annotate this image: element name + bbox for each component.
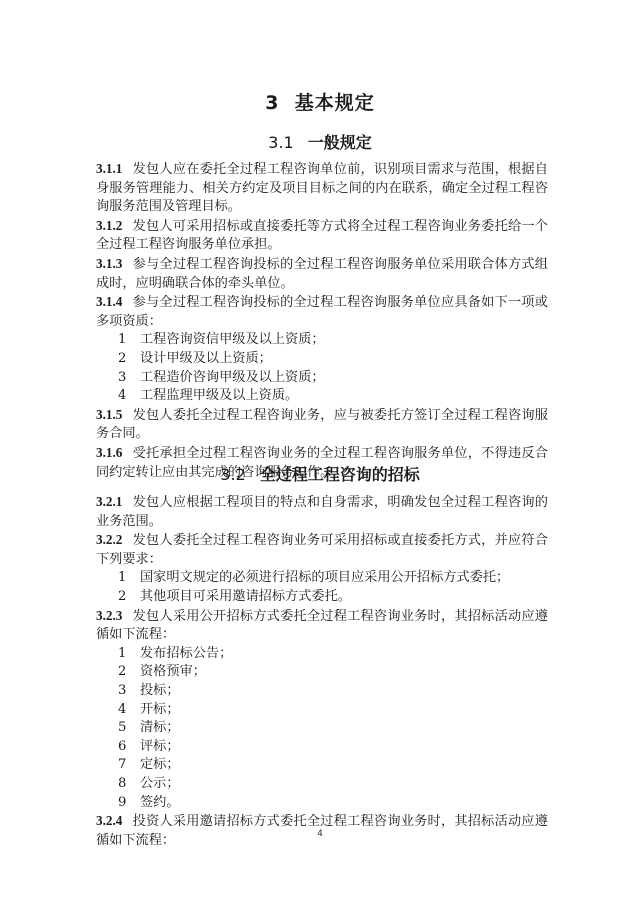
clause-number: 3.1.4 <box>96 294 122 309</box>
list-item-number: 1 <box>118 569 140 588</box>
list-item: 2设计甲级及以上资质； <box>96 350 548 369</box>
clause-number: 3.1.2 <box>96 218 122 233</box>
list-item-text: 工程造价咨询甲级及以上资质； <box>140 370 325 385</box>
list-item-text: 工程监理甲级及以上资质。 <box>140 388 298 403</box>
list-item-text: 开标； <box>140 702 180 717</box>
list-item-number: 2 <box>118 663 140 682</box>
list-item-number: 2 <box>118 588 140 607</box>
clause-number: 3.2.1 <box>96 494 122 509</box>
clause-text: 发包人委托全过程工程咨询业务可采用招标或直接委托方式，并应符合下列要求： <box>96 533 548 567</box>
list-item-number: 3 <box>118 682 140 701</box>
list-item: 7定标； <box>96 756 548 775</box>
list-item: 2其他项目可采用邀请招标方式委托。 <box>96 588 548 607</box>
chapter-title-text: 基本规定 <box>295 92 375 114</box>
list-item-number: 3 <box>118 369 140 388</box>
list-item-text: 资格预审； <box>140 664 206 679</box>
section-heading: 3.1一般规定 <box>0 130 640 153</box>
list-item: 3投标； <box>96 682 548 701</box>
clause-text: 发包人应根据工程项目的特点和自身需求，明确发包全过程工程咨询的业务范围。 <box>96 495 548 529</box>
clause: 3.1.5发包人委托全过程工程咨询业务，应与被委托方签订全过程工程咨询服务合同。 <box>96 406 548 444</box>
clause-number: 3.1.5 <box>96 407 122 422</box>
list-item: 9签约。 <box>96 794 548 813</box>
list-item-text: 清标； <box>140 720 180 735</box>
list-item-number: 9 <box>118 794 140 813</box>
list-item-number: 1 <box>118 645 140 664</box>
list-item-number: 4 <box>118 701 140 720</box>
section-number: 3.2 <box>220 465 245 484</box>
clause: 3.1.2发包人可采用招标或直接委托等方式将全过程工程咨询业务委托给一个全过程工… <box>96 217 548 255</box>
chapter-number: 3 <box>265 92 279 114</box>
list-item-text: 定标； <box>140 757 180 772</box>
clause-text: 发包人可采用招标或直接委托等方式将全过程工程咨询业务委托给一个全过程工程咨询服务… <box>96 219 548 253</box>
chapter-title: 3 基本规定 <box>0 88 640 115</box>
clause: 3.2.2发包人委托全过程工程咨询业务可采用招标或直接委托方式，并应符合下列要求… <box>96 531 548 569</box>
list-item-number: 2 <box>118 350 140 369</box>
list-item: 5清标； <box>96 719 548 738</box>
clause: 3.1.1发包人应在委托全过程工程咨询单位前，识别项目需求与范围，根据自身服务管… <box>96 160 548 217</box>
list-item-text: 设计甲级及以上资质； <box>140 351 272 366</box>
section-body: 3.2.1发包人应根据工程项目的特点和自身需求，明确发包全过程工程咨询的业务范围… <box>96 493 548 850</box>
list-item-number: 5 <box>118 719 140 738</box>
section-body: 3.1.1发包人应在委托全过程工程咨询单位前，识别项目需求与范围，根据自身服务管… <box>96 160 548 482</box>
clause-text: 发包人应在委托全过程工程咨询单位前，识别项目需求与范围，根据自身服务管理能力、相… <box>96 162 548 214</box>
list-item-text: 国家明文规定的必须进行招标的项目应采用公开招标方式委托； <box>140 570 509 585</box>
list-item: 4开标； <box>96 701 548 720</box>
clause: 3.2.3发包人采用公开招标方式委托全过程工程咨询业务时，其招标活动应遵循如下流… <box>96 607 548 645</box>
list-item-number: 4 <box>118 387 140 406</box>
list-item: 1发布招标公告； <box>96 645 548 664</box>
clause-number: 3.2.4 <box>96 813 122 828</box>
list-item: 1工程咨询资信甲级及以上资质； <box>96 331 548 350</box>
section-heading: 3.2全过程工程咨询的招标 <box>0 462 640 485</box>
list-item-text: 工程咨询资信甲级及以上资质； <box>140 332 325 347</box>
list-item-text: 公示； <box>140 776 180 791</box>
clause-number: 3.2.2 <box>96 532 122 547</box>
clause-number: 3.1.6 <box>96 445 122 460</box>
list-item: 2资格预审； <box>96 663 548 682</box>
document-page: 3 基本规定 3.1一般规定 3.1.1发包人应在委托全过程工程咨询单位前，识别… <box>0 0 640 905</box>
clause-text: 发包人委托全过程工程咨询业务，应与被委托方签订全过程工程咨询服务合同。 <box>96 408 548 442</box>
clause: 3.2.1发包人应根据工程项目的特点和自身需求，明确发包全过程工程咨询的业务范围… <box>96 493 548 531</box>
list-item-number: 7 <box>118 756 140 775</box>
clause-text: 发包人采用公开招标方式委托全过程工程咨询业务时，其招标活动应遵循如下流程： <box>96 609 548 643</box>
list-item-text: 投标； <box>140 683 180 698</box>
section-number: 3.1 <box>268 133 293 152</box>
list-item: 6评标； <box>96 738 548 757</box>
list-item-number: 8 <box>118 775 140 794</box>
section-title-text: 全过程工程咨询的招标 <box>260 465 420 484</box>
section-title-text: 一般规定 <box>308 133 372 152</box>
list-item: 4工程监理甲级及以上资质。 <box>96 387 548 406</box>
list-item-text: 签约。 <box>140 795 180 810</box>
list-item: 1国家明文规定的必须进行招标的项目应采用公开招标方式委托； <box>96 569 548 588</box>
list-item: 8公示； <box>96 775 548 794</box>
clause-number: 3.1.1 <box>96 161 122 176</box>
list-item-text: 发布招标公告； <box>140 646 232 661</box>
clause: 3.1.3参与全过程工程咨询投标的全过程工程咨询服务单位采用联合体方式组成时，应… <box>96 255 548 293</box>
page-number: 4 <box>0 829 640 839</box>
list-item-number: 6 <box>118 738 140 757</box>
clause-number: 3.1.3 <box>96 256 122 271</box>
list-item-number: 1 <box>118 331 140 350</box>
clause-text: 参与全过程工程咨询投标的全过程工程咨询服务单位应具备如下一项或多项资质： <box>96 295 548 329</box>
list-item-text: 评标； <box>140 739 180 754</box>
clause-text: 参与全过程工程咨询投标的全过程工程咨询服务单位采用联合体方式组成时，应明确联合体… <box>96 257 548 291</box>
clause-number: 3.2.3 <box>96 608 122 623</box>
list-item-text: 其他项目可采用邀请招标方式委托。 <box>140 589 351 604</box>
list-item: 3工程造价咨询甲级及以上资质； <box>96 369 548 388</box>
clause: 3.1.4参与全过程工程咨询投标的全过程工程咨询服务单位应具备如下一项或多项资质… <box>96 293 548 331</box>
